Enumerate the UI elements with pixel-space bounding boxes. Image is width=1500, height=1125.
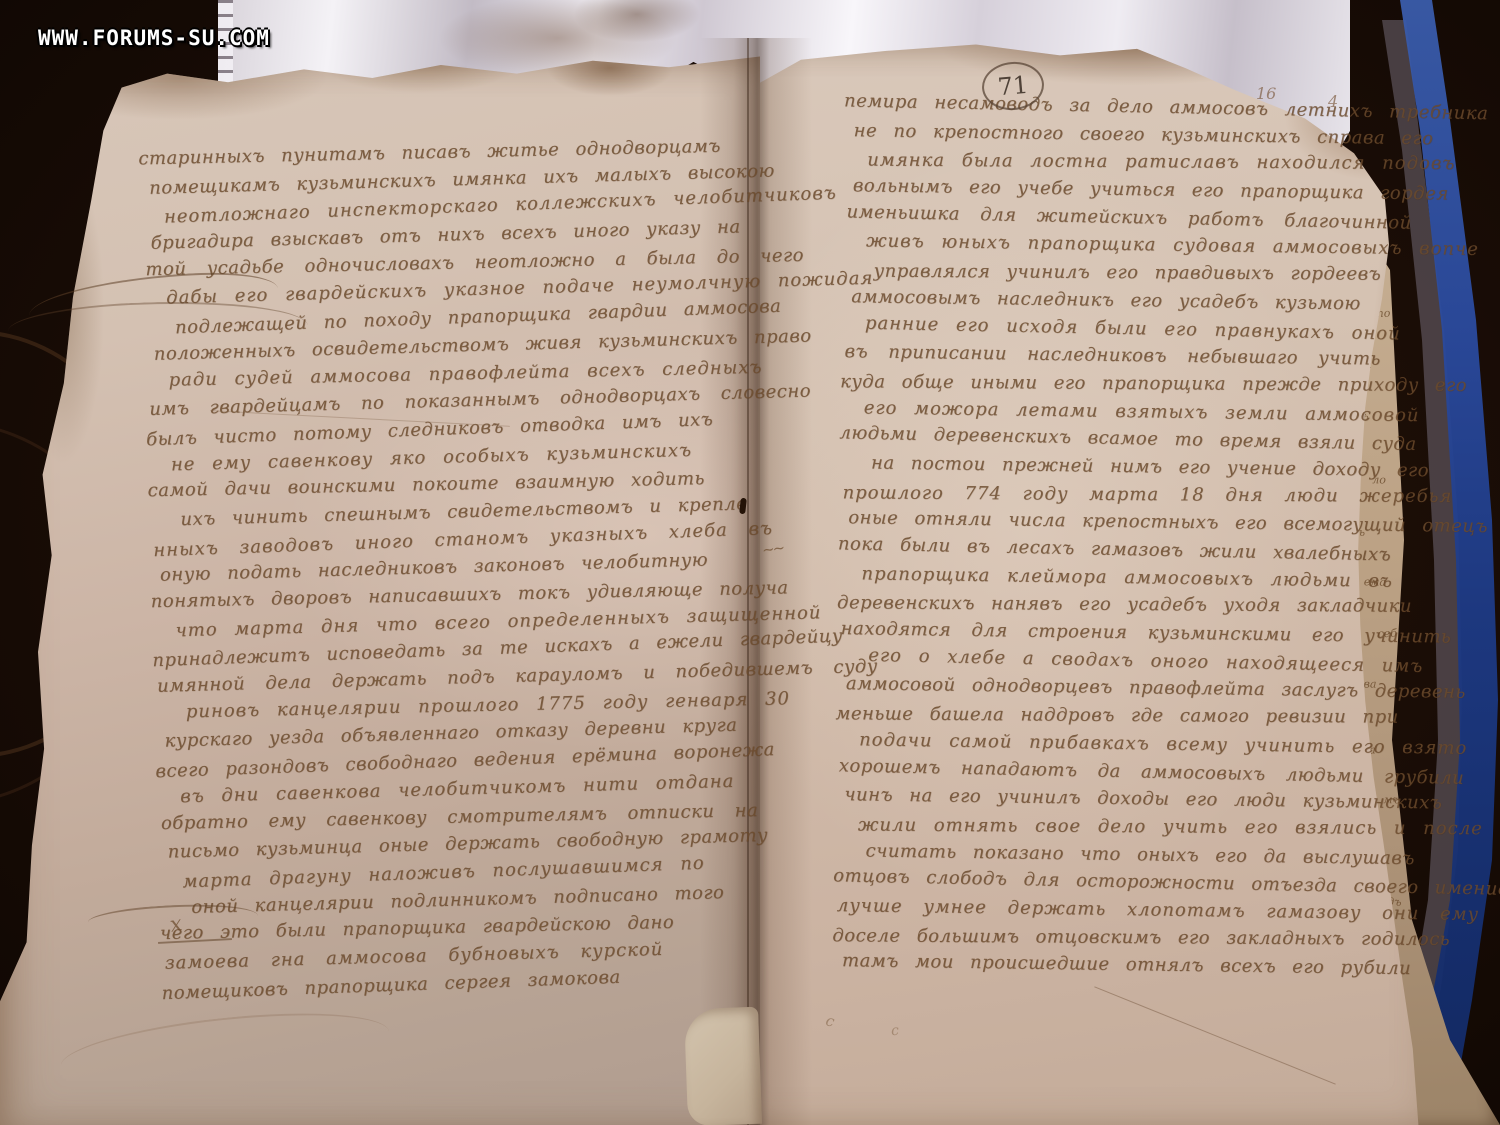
stray-pen-mark: с xyxy=(890,1023,899,1040)
left-page-handwriting: старинныхъ пунитамъ писавъ житье однодво… xyxy=(138,134,737,1008)
corner-mark-16: 16 xyxy=(1256,84,1276,103)
right-page-handwriting: пемира несамоводъ за дело аммосовъ летни… xyxy=(832,92,1409,986)
folio-number: 71 xyxy=(997,71,1030,102)
gutter-folded-corner xyxy=(684,1007,762,1125)
photo-of-open-manuscript: усанъчтобыихълощьемасебхваурамъухъгодъ с… xyxy=(0,0,1500,1125)
forum-watermark: WWW.FORUMS-SU.COM xyxy=(38,26,270,50)
corner-mark-4: 4 xyxy=(1328,92,1338,111)
margin-squiggle: ∼∼ xyxy=(761,539,784,560)
